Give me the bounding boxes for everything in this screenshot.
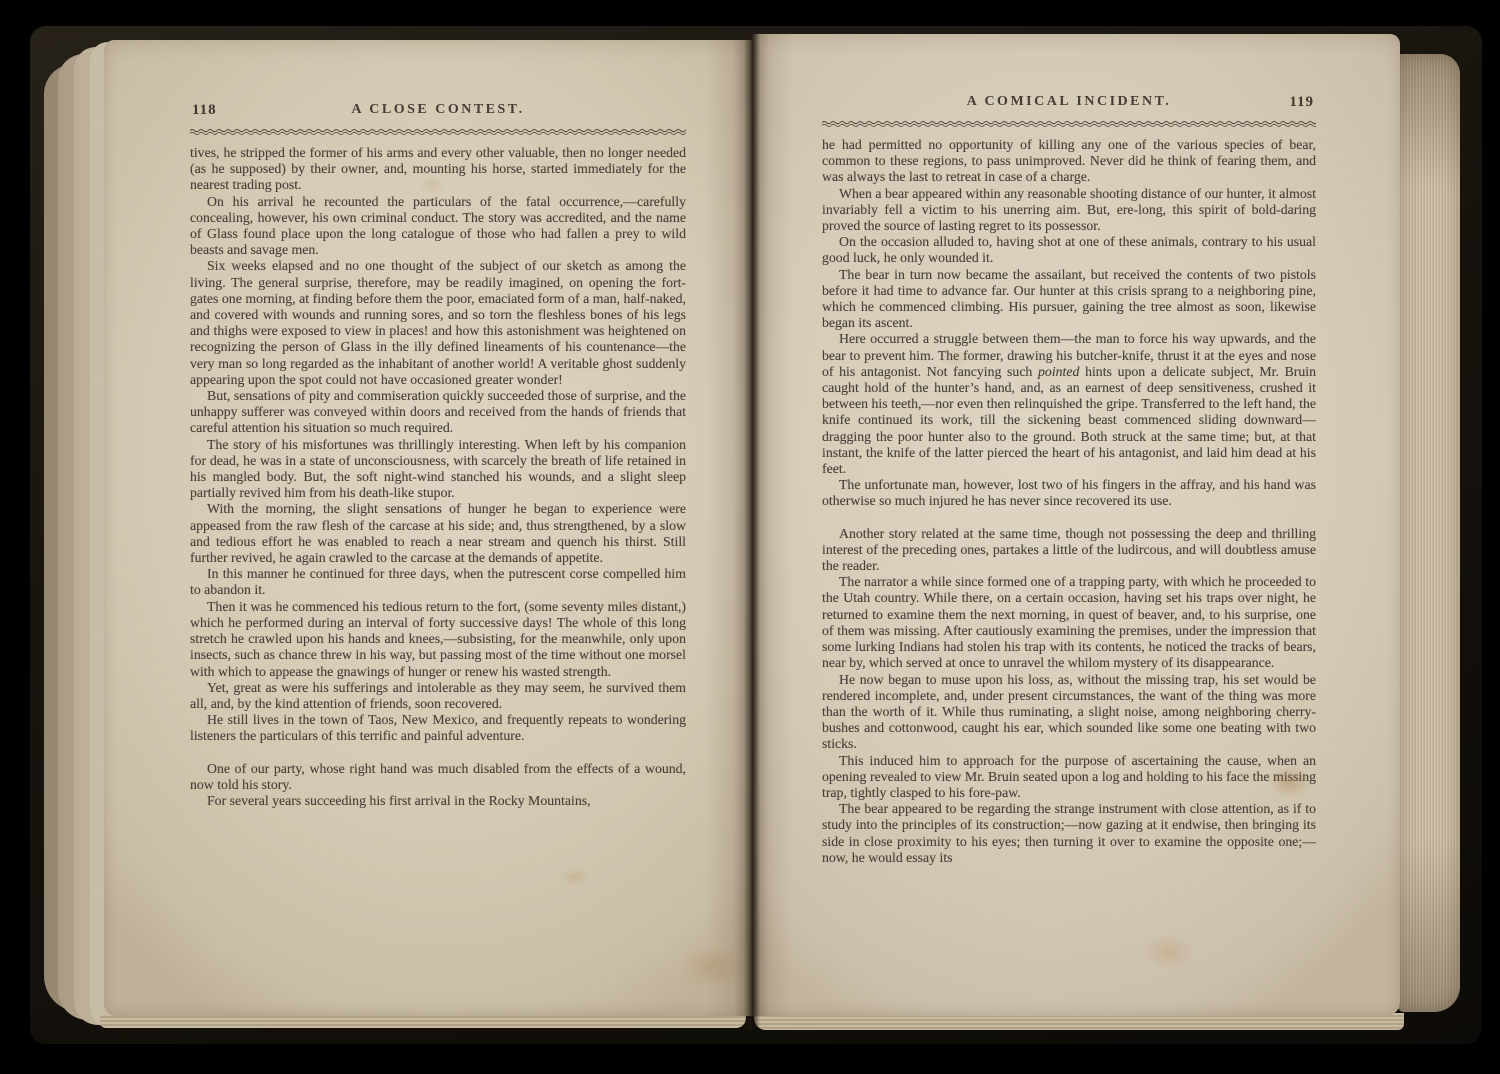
left-page-print: 118 A CLOSE CONTEST. tives, he stripped …	[190, 102, 686, 809]
book-photo: 118 A CLOSE CONTEST. tives, he stripped …	[0, 0, 1500, 1074]
left-page-body: tives, he stripped the former of his arm…	[190, 145, 686, 809]
paragraph: On his arrival he recounted the particul…	[190, 194, 686, 259]
paragraph: With the morning, the slight sensations …	[190, 501, 686, 566]
right-page: A COMICAL INCIDENT. 119 he had permitted…	[752, 34, 1400, 1016]
header-rule	[822, 120, 1316, 128]
paragraph: On the occasion alluded to, having shot …	[822, 234, 1316, 266]
paragraph: Another story related at the same time, …	[822, 526, 1316, 575]
paragraph: tives, he stripped the former of his arm…	[190, 145, 686, 194]
paragraph: Then it was he commenced his tedious ret…	[190, 599, 686, 680]
paragraph: But, sensations of pity and commiseratio…	[190, 388, 686, 437]
paragraph: The bear in turn now became the assailan…	[822, 267, 1316, 332]
paragraph: He now began to muse upon his loss, as, …	[822, 672, 1316, 753]
paragraph: The story of his misfortunes was thrilli…	[190, 437, 686, 502]
paragraph: When a bear appeared within any reasonab…	[822, 186, 1316, 235]
gutter-shadow	[744, 34, 760, 1030]
page-number: 119	[1289, 94, 1314, 111]
paragraph: The bear appeared to be regarding the st…	[822, 801, 1316, 866]
left-page-header: 118 A CLOSE CONTEST.	[190, 102, 686, 121]
right-fore-edge	[1398, 54, 1460, 1012]
paragraph: In this manner he continued for three da…	[190, 566, 686, 598]
running-head: A COMICAL INCIDENT.	[822, 94, 1316, 110]
paragraph: The unfortunate man, however, lost two o…	[822, 477, 1316, 509]
running-head: A CLOSE CONTEST.	[190, 102, 686, 118]
paragraph: The narrator a while since formed one of…	[822, 574, 1316, 671]
paragraph: Six weeks elapsed and no one thought of …	[190, 258, 686, 388]
right-page-body: he had permitted no opportunity of killi…	[822, 137, 1316, 866]
paragraph: Yet, great as were his sufferings and in…	[190, 680, 686, 712]
header-rule	[190, 128, 686, 136]
right-page-print: A COMICAL INCIDENT. 119 he had permitted…	[822, 94, 1316, 866]
paragraph: He still lives in the town of Taos, New …	[190, 712, 686, 744]
paragraph: One of our party, whose right hand was m…	[190, 761, 686, 793]
paragraph: For several years succeeding his first a…	[190, 793, 686, 809]
left-page: 118 A CLOSE CONTEST. tives, he stripped …	[104, 40, 752, 1016]
paragraph: This induced him to approach for the pur…	[822, 753, 1316, 802]
paragraph: he had permitted no opportunity of killi…	[822, 137, 1316, 186]
bottom-page-edges	[100, 1014, 746, 1028]
right-page-header: A COMICAL INCIDENT. 119	[822, 94, 1316, 113]
page-number: 118	[192, 102, 217, 119]
paragraph: Here occurred a struggle between them—th…	[822, 331, 1316, 477]
